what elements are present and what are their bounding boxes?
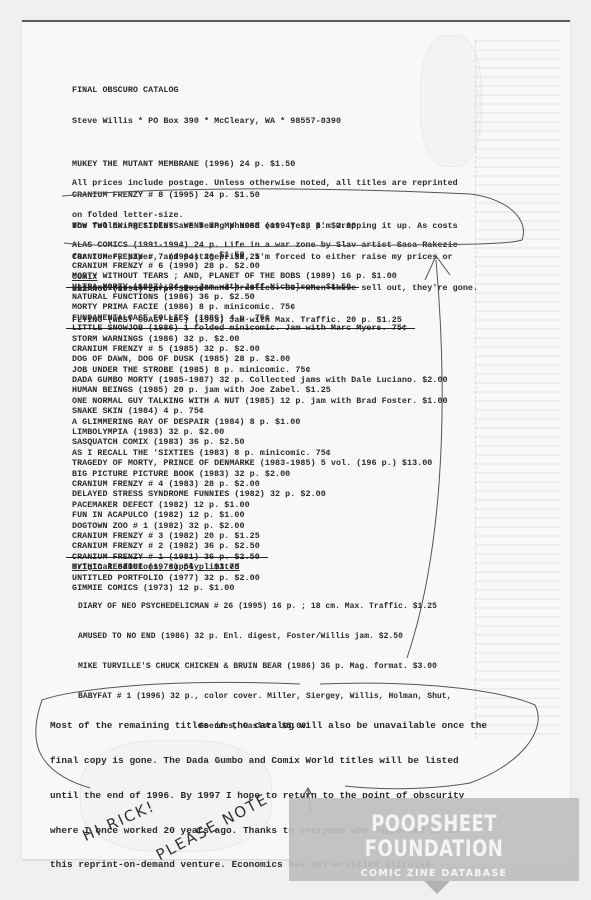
watermark-title: POOPSHEET FOUNDATION — [315, 812, 553, 862]
watermark-banner: POOPSHEET FOUNDATION COMIC ZINE DATABASE — [289, 798, 579, 881]
circle-annotation — [320, 683, 538, 789]
circle-annotation — [62, 189, 523, 247]
watermark-subtitle: COMIC ZINE DATABASE — [289, 868, 579, 879]
circle-annotation — [36, 682, 300, 788]
banner-pointer-icon — [424, 881, 450, 894]
handwritten-annotations — [0, 0, 591, 900]
arrow-annotation — [407, 260, 442, 658]
